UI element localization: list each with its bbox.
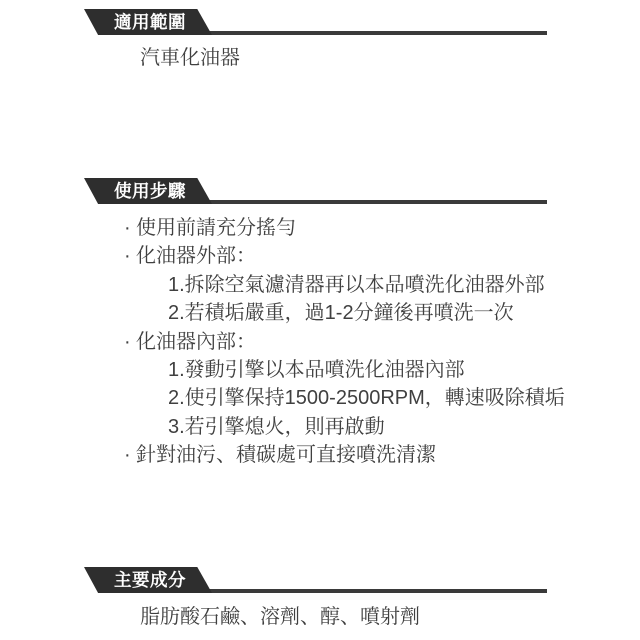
bullet-icon: ·: [124, 214, 136, 242]
list-item-text: 3.若引擎熄火，則再啟動: [168, 416, 385, 438]
list-subitem: 2.若積垢嚴重，過1-2分鐘後再噴洗一次: [124, 299, 565, 327]
list-item-text: 使用前請充分搖勻: [136, 217, 296, 239]
list-item: ·使用前請充分搖勻: [124, 214, 565, 242]
main-ingredients-text: 脂肪酸石鹼、溶劑、醇、噴射劑: [140, 606, 420, 628]
list-item: ·化油器內部：: [124, 328, 565, 356]
section-title: 適用範圍: [114, 9, 186, 35]
list-subitem: 3.若引擎熄火，則再啟動: [124, 413, 565, 441]
banner-rule-line: [200, 589, 547, 593]
product-description-page: 適用範圍 汽車化油器 使用步驟 ·使用前請充分搖勻 ·化油器外部： 1.拆除空氣…: [0, 0, 640, 640]
applicable-range-text: 汽車化油器: [140, 47, 240, 69]
section-title: 使用步驟: [114, 178, 186, 204]
section-banner-applicable-range: 適用範圍: [84, 9, 212, 35]
section-banner-main-ingredients: 主要成分: [84, 567, 212, 593]
list-item-text: 2.若積垢嚴重，過1-2分鐘後再噴洗一次: [168, 302, 514, 324]
bullet-icon: ·: [124, 441, 136, 469]
banner-rule-line: [200, 200, 547, 204]
list-item-text: 針對油污、積碳處可直接噴洗清潔: [136, 444, 436, 466]
list-subitem: 1.拆除空氣濾清器再以本品噴洗化油器外部: [124, 271, 565, 299]
list-item-text: 1.拆除空氣濾清器再以本品噴洗化油器外部: [168, 274, 545, 296]
list-subitem: 1.發動引擎以本品噴洗化油器內部: [124, 356, 565, 384]
list-subitem: 2.使引擎保持1500-2500RPM，轉速吸除積垢: [124, 384, 565, 412]
section-banner-usage-steps: 使用步驟: [84, 178, 212, 204]
list-item-text: 2.使引擎保持1500-2500RPM，轉速吸除積垢: [168, 387, 565, 409]
banner-rule-line: [200, 31, 547, 35]
usage-steps-list: ·使用前請充分搖勻 ·化油器外部： 1.拆除空氣濾清器再以本品噴洗化油器外部 2…: [124, 214, 565, 470]
list-item: ·化油器外部：: [124, 242, 565, 270]
list-item-text: 化油器內部：: [136, 331, 256, 353]
bullet-icon: ·: [124, 242, 136, 270]
section-title: 主要成分: [114, 567, 186, 593]
list-item: ·針對油污、積碳處可直接噴洗清潔: [124, 441, 565, 469]
list-item-text: 化油器外部：: [136, 245, 256, 267]
list-item-text: 1.發動引擎以本品噴洗化油器內部: [168, 359, 465, 381]
bullet-icon: ·: [124, 328, 136, 356]
